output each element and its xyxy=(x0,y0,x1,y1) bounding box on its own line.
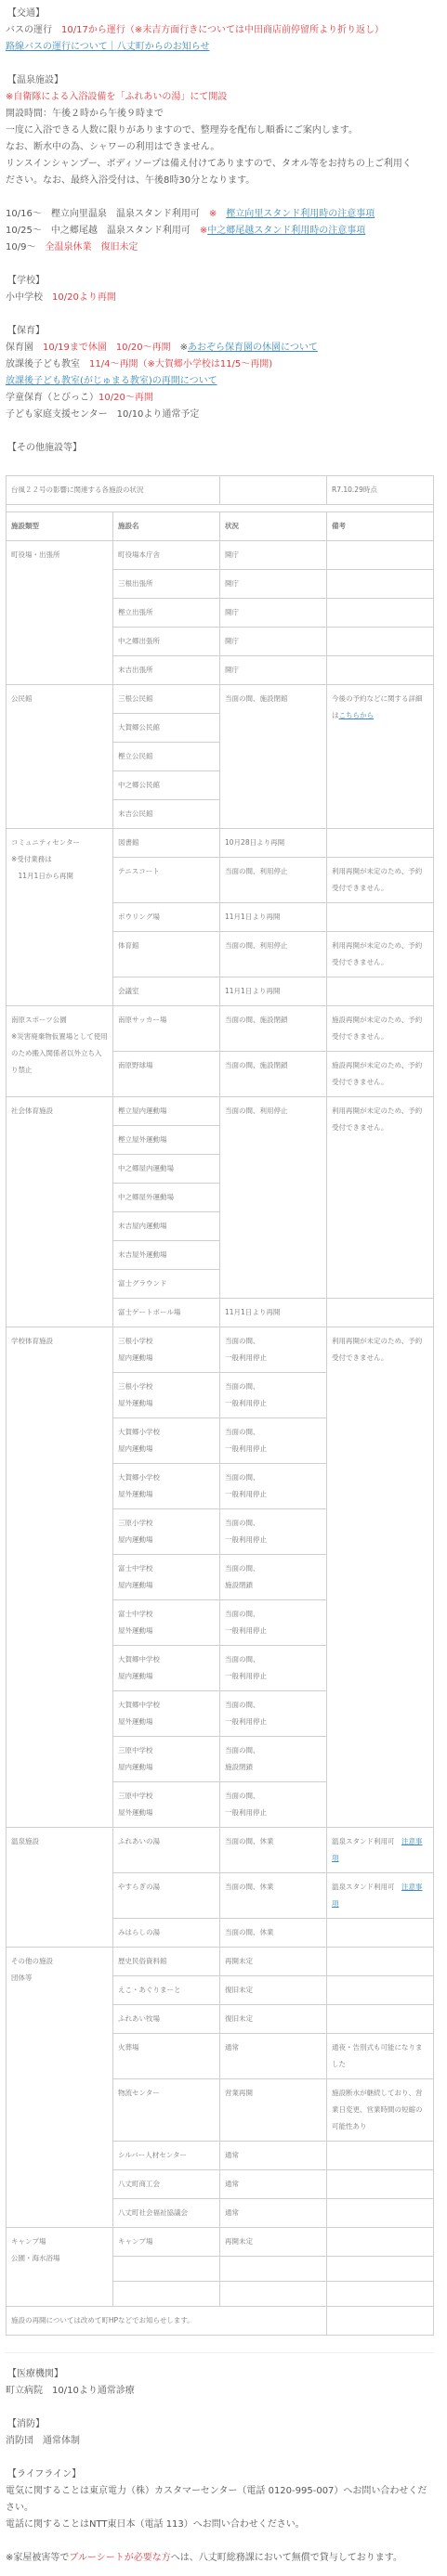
blue-tarp-notice: ※家屋被害等でブルーシートが必要な方へは、八丈町総務課において無償で貸与しており… xyxy=(6,2550,434,2567)
status-line: 一般利用停止 xyxy=(225,1486,322,1503)
facility-note xyxy=(327,1299,434,1327)
facility-name: 富士グラウンド xyxy=(113,1270,220,1299)
facility-status: 営業再開 xyxy=(220,2079,327,2142)
table-as-of: R7.10.29時点 xyxy=(327,476,434,505)
status-line: 施設閉鎖 xyxy=(225,1577,322,1594)
facility-sub-name: 屋内運動場 xyxy=(118,1532,215,1548)
facility-name: 体育館 xyxy=(113,932,220,977)
nakanogo-stand-notes-link[interactable]: 中之郷尾越スタンド利用時の注意事項 xyxy=(207,226,365,236)
fire-line: 消防団 通常体制 xyxy=(6,2433,434,2450)
tarp-highlight: ブルーシートが必要な方 xyxy=(69,2553,170,2563)
facility-type: 社会体育施設 xyxy=(7,1097,113,1327)
facility-status: 復旧未定 xyxy=(220,2005,327,2034)
facility-type: 南原スポーツ公園 ※災害廃棄物仮置場として使用のため搬入関係者以外立ち入り禁止 xyxy=(7,1006,113,1097)
status-line: 当面の間、 xyxy=(225,1560,322,1577)
facility-status-table: 台風２２号の影響に関連する各施設の状況 R7.10.29時点 施設類型 施設名 … xyxy=(6,475,434,2336)
facility-name: 三根公民館 xyxy=(113,685,220,714)
facility-name: シルバー人材センター xyxy=(113,2142,220,2170)
facility-sub-name: 屋外運動場 xyxy=(118,1486,215,1503)
facility-note xyxy=(327,570,434,599)
facility-status: 通常 xyxy=(220,2170,327,2199)
facility-name: 末吉屋外運動場 xyxy=(113,1241,220,1270)
facility-note xyxy=(327,2199,434,2228)
facility-type: 公民館 xyxy=(7,685,113,829)
afterschool-reopen-link[interactable]: 放課後子ども教室(がじゅまる教室)の再開について xyxy=(6,376,217,386)
onsen-stand-item: 10/16～ 樫立向里温泉 温泉スタンド利用可 ※ 樫立向里スタンド利用時の注意… xyxy=(6,206,434,223)
facility-note xyxy=(327,1919,434,1948)
status-line: 当面の間、 xyxy=(225,1742,322,1759)
electric-line-1: 電気に関することは東京電力（株）カスタマーセンター（電話 0120-995-00… xyxy=(6,2483,434,2500)
facility-note xyxy=(327,541,434,570)
status-line: 一般利用停止 xyxy=(225,1714,322,1730)
onsen-hours: 開設時間：午後２時から午後９時まで xyxy=(6,106,434,123)
table-row: 公民館 三根公民館 当面の間、施設閉館 今後の予約などに関する詳細はこちらから xyxy=(7,685,434,714)
facility-name: 大賀郷中学校屋外運動場 xyxy=(113,1691,220,1737)
table-header-row: 施設類型 施設名 状況 備考 xyxy=(7,512,434,541)
facility-status: 当面の間、休業 xyxy=(220,1873,327,1919)
section-heading-onsen: 【温泉施設】 xyxy=(7,72,434,89)
column-header: 施設類型 xyxy=(7,512,113,541)
table-footer-row: 施設の再開については改めて町HPなどでお知らせします。 xyxy=(7,2307,434,2336)
facility-sub-name: 屋内運動場 xyxy=(118,1759,215,1776)
facility-type-note: ※受付業務は xyxy=(11,851,108,868)
facility-status: 再開未定 xyxy=(220,1948,327,1976)
table-title-empty xyxy=(220,476,327,505)
facility-status: 当面の間、施設閉鎖 xyxy=(220,1555,327,1600)
facility-note xyxy=(327,2170,434,2199)
table-row: その他の施設 団体等 歴史民俗資料館 再開未定 xyxy=(7,1948,434,1976)
onsen-text-4: ださい。なお、最終入浴受付は、午後8時30分となります。 xyxy=(6,173,434,189)
facility-note: 今後の予約などに関する詳細はこちらから xyxy=(327,685,434,829)
facility-name: 富士中学校屋内運動場 xyxy=(113,1555,220,1600)
facility-status: 当面の間、一般利用停止 xyxy=(220,1782,327,1828)
section-heading-other-facilities: 【その他施設等】 xyxy=(7,440,434,457)
facility-note xyxy=(327,2142,434,2170)
facility-note: 温泉スタンド利用可 注意事項 xyxy=(327,1873,434,1919)
facility-name: 町役場本庁舎 xyxy=(113,541,220,570)
facility-note: 利用再開が未定のため、予約受付できません。 xyxy=(327,858,434,903)
onsen-stand-item: 10/25～ 中之郷尾越 温泉スタンド利用可 ※中之郷尾越スタンド利用時の注意事… xyxy=(6,223,434,239)
facility-name: やすらぎの湯 xyxy=(113,1873,220,1919)
section-heading-transport: 【交通】 xyxy=(7,6,434,22)
facility-type-label: キャンプ場 xyxy=(11,2233,108,2250)
facility-status: 開庁 xyxy=(220,570,327,599)
facility-note: 施設断水が継続しており、営業日変更、営業時間の短縮の可能性あり xyxy=(327,2079,434,2142)
facility-name: 大賀郷小学校屋外運動場 xyxy=(113,1464,220,1509)
onsen-closure: 10/9～ 全温泉休業 復旧未定 xyxy=(6,239,434,256)
facility-status: 通常 xyxy=(220,2199,327,2228)
facility-status: 当面の間、一般利用停止 xyxy=(220,1327,327,1373)
column-header: 備考 xyxy=(327,512,434,541)
facility-name: みはらしの湯 xyxy=(113,1919,220,1948)
facility-name: 南原サッカー場 xyxy=(113,1006,220,1052)
facility-status: 当面の間、休業 xyxy=(220,1919,327,1948)
note-mark: ※ xyxy=(180,343,188,353)
status-line: 当面の間、 xyxy=(225,1424,322,1441)
status-line: 当面の間、 xyxy=(225,1651,322,1668)
note-text: 温泉スタンド利用可 xyxy=(332,1883,401,1891)
facility-status: 当面の間、一般利用停止 xyxy=(220,1691,327,1737)
onsen-text-2: なお、断水中の為、シャワーの利用はできません。 xyxy=(6,139,434,156)
facility-status: 10月28日より再開 xyxy=(220,829,327,858)
section-heading-childcare: 【保育】 xyxy=(7,323,434,340)
facility-name: 富士ゲートボール場 xyxy=(113,1299,220,1327)
facility-name xyxy=(113,2282,220,2307)
facility-status xyxy=(220,2257,327,2282)
facility-status: 通常 xyxy=(220,2142,327,2170)
table-row: 南原スポーツ公園 ※災害廃棄物仮置場として使用のため搬入関係者以外立ち入り禁止 … xyxy=(7,1006,434,1052)
facility-type: コミュニティセンター ※受付業務は 11月1日から再開 xyxy=(7,829,113,1006)
column-header: 施設名 xyxy=(113,512,220,541)
facility-type: その他の施設 団体等 xyxy=(7,1948,113,2228)
facility-name: 大賀郷公民館 xyxy=(113,714,220,743)
status-line: 一般利用停止 xyxy=(225,1623,322,1639)
onsen-text-1: 一度に入浴できる人数に限りがありますので、整理券を配布し順番にご案内します。 xyxy=(6,123,434,139)
facility-name: えこ・あぐりまーと xyxy=(113,1976,220,2005)
facility-name: 会議室 xyxy=(113,977,220,1006)
section-heading-fire: 【消防】 xyxy=(7,2416,434,2433)
status-line: 当面の間、 xyxy=(225,1379,322,1395)
facility-name: 三根小学校屋内運動場 xyxy=(113,1327,220,1373)
table-row: キャンプ場 公園・海水浴場 キャンプ場 再開未定 xyxy=(7,2228,434,2257)
table-footer-empty xyxy=(327,2307,434,2336)
facility-sub-name: 屋内運動場 xyxy=(118,1577,215,1594)
facility-name: ふれあい牧場 xyxy=(113,2005,220,2034)
table-row: 学校体育施設 三根小学校屋内運動場 当面の間、一般利用停止 利用再開が未定のため… xyxy=(7,1327,434,1373)
section-heading-school: 【学校】 xyxy=(7,273,434,290)
facility-type: 温泉施設 xyxy=(7,1828,113,1948)
facility-name: 大賀郷小学校屋内運動場 xyxy=(113,1418,220,1464)
facility-type-note: 団体等 xyxy=(11,1970,108,1987)
page: 【交通】 バスの運行 10/17から運行（※末吉方面行きについては中田商店前停留… xyxy=(0,0,447,2576)
school-label: 小中学校 xyxy=(6,292,52,303)
facility-name: 八丈町社会福祉協議会 xyxy=(113,2199,220,2228)
onsen-closure-status: 全温泉休業 復旧未定 xyxy=(45,242,138,252)
facility-note xyxy=(327,1976,434,2005)
tarp-suffix: へは、八丈町総務課において無償で貸与しております。 xyxy=(171,2553,402,2563)
school-name: 大賀郷小学校 xyxy=(118,1424,215,1441)
onsen-closure-date: 10/9～ xyxy=(6,242,45,252)
afterschool-label: 放課後子ども教室 xyxy=(6,359,89,369)
facility-note xyxy=(327,1948,434,1976)
tarp-prefix: ※家屋被害等で xyxy=(6,2553,69,2563)
table-title-row: 台風２２号の影響に関連する各施設の状況 R7.10.29時点 xyxy=(7,476,434,505)
school-status: 10/20より再開 xyxy=(52,292,116,303)
status-line: 一般利用停止 xyxy=(225,1532,322,1548)
phone-line: 電話に関することはNTT東日本（電話 113）へお問い合わせください。 xyxy=(6,2517,434,2533)
nursery-closure-link[interactable]: あおぞら保育園の休園について xyxy=(188,343,318,353)
facility-name: 樫立公民館 xyxy=(113,743,220,771)
facility-note xyxy=(327,903,434,932)
gakudo-label: 学童保育（とびっこ） xyxy=(6,393,99,403)
status-line: 一般利用停止 xyxy=(225,1441,322,1457)
facility-status: 当面の間、施設閉鎖 xyxy=(220,1006,327,1052)
status-line: 一般利用停止 xyxy=(225,1350,322,1366)
bus-status: 10/17から運行（※末吉方面行きについては中田商店前停留所より折り返し） xyxy=(61,25,384,35)
note-mark: ※ xyxy=(209,209,226,219)
facility-name: 火葬場 xyxy=(113,2034,220,2079)
facility-note: 施設再開が未定のため、予約受付できません。 xyxy=(327,1052,434,1097)
school-name: 大賀郷中学校 xyxy=(118,1697,215,1714)
facility-note: 利用再開が未定のため、予約受付できません。 xyxy=(327,1097,434,1299)
facility-status: 当面の間、利用停止 xyxy=(220,1097,327,1299)
facility-name: 八丈町商工会 xyxy=(113,2170,220,2199)
facility-status xyxy=(220,2282,327,2307)
facility-status: 開庁 xyxy=(220,541,327,570)
facility-note: 施設再開が未定のため、予約受付できません。 xyxy=(327,1006,434,1052)
medical-line: 町立病院 10/10より通常診療 xyxy=(6,2383,434,2400)
facility-sub-name: 屋外運動場 xyxy=(118,1805,215,1821)
facility-name: 三根小学校屋外運動場 xyxy=(113,1373,220,1418)
facility-note xyxy=(327,656,434,685)
support-center-line: 子ども家庭支援センター 10/10より通常予定 xyxy=(6,407,434,423)
facility-name: 末吉公民館 xyxy=(113,800,220,829)
afterschool-line: 放課後子ども教室 11/4～再開（※大賀郷小学校は11/5～再開) xyxy=(6,356,434,373)
table-row: コミュニティセンター ※受付業務は 11月1日から再開 図書館 10月28日より… xyxy=(7,829,434,858)
school-name: 三原中学校 xyxy=(118,1788,215,1805)
status-line: 一般利用停止 xyxy=(225,1668,322,1685)
facility-status: 再開未定 xyxy=(220,2228,327,2257)
facility-name: 三根出張所 xyxy=(113,570,220,599)
status-line: 当面の間、 xyxy=(225,1606,322,1623)
facility-name: キャンプ場 xyxy=(113,2228,220,2257)
facility-note: 利用再開が未定のため、予約受付できません。 xyxy=(327,932,434,977)
facility-sub-name: 屋内運動場 xyxy=(118,1350,215,1366)
school-name: 富士中学校 xyxy=(118,1560,215,1577)
section-heading-medical: 【医療機関】 xyxy=(7,2366,434,2383)
facility-name: 末吉屋内運動場 xyxy=(113,1212,220,1241)
column-header: 状況 xyxy=(220,512,327,541)
facility-name: 樫立屋内運動場 xyxy=(113,1097,220,1126)
bus-info-link[interactable]: 路線バスの運行について｜八丈町からのお知らせ xyxy=(6,42,210,52)
facility-sub-name: 屋外運動場 xyxy=(118,1623,215,1639)
facility-status: 11月1日より再開 xyxy=(220,1299,327,1327)
status-line: 一般利用停止 xyxy=(225,1395,322,1412)
facility-name: 中之郷公民館 xyxy=(113,771,220,800)
school-name: 大賀郷中学校 xyxy=(118,1651,215,1668)
facility-status: 開庁 xyxy=(220,656,327,685)
facility-status: 当面の間、施設閉鎖 xyxy=(220,1052,327,1097)
facility-note xyxy=(327,2282,434,2307)
table-title: 台風２２号の影響に関連する各施設の状況 xyxy=(7,476,220,505)
facility-name: 大賀郷中学校屋内運動場 xyxy=(113,1646,220,1691)
status-line: 一般利用停止 xyxy=(225,1805,322,1821)
facility-type: 学校体育施設 xyxy=(7,1327,113,1828)
gakudo-line: 学童保育（とびっこ）10/20～再開 xyxy=(6,390,434,407)
onsen-notice: ※自衛隊による入浴設備を「ふれあいの湯」にて開設 xyxy=(6,89,434,106)
school-name: 三根小学校 xyxy=(118,1379,215,1395)
facility-name: 富士中学校屋外運動場 xyxy=(113,1600,220,1646)
facility-note xyxy=(327,2005,434,2034)
facility-name: 物流センター xyxy=(113,2079,220,2142)
status-line: 当面の間、 xyxy=(225,1515,322,1532)
facility-status: 当面の間、施設閉鎖 xyxy=(220,1737,327,1782)
section-heading-lifeline: 【ライフライン】 xyxy=(7,2466,434,2483)
school-name: 富士中学校 xyxy=(118,1606,215,1623)
facility-name: ボウリング場 xyxy=(113,903,220,932)
facility-name: 中之郷出張所 xyxy=(113,628,220,656)
facility-status: 開庁 xyxy=(220,599,327,628)
facility-name: 中之郷屋外運動場 xyxy=(113,1184,220,1212)
afterschool-status: 11/4～再開（※大賀郷小学校は11/5～再開) xyxy=(89,359,272,369)
facility-type-label: その他の施設 xyxy=(11,1953,108,1970)
onsen-stand-date: 10/16～ 樫立向里温泉 温泉スタンド利用可 xyxy=(6,209,209,219)
electric-line-2: さい。 xyxy=(6,2500,434,2517)
school-name: 三原中学校 xyxy=(118,1742,215,1759)
facility-name: ふれあいの湯 xyxy=(113,1828,220,1873)
facility-note xyxy=(327,829,434,858)
facility-status: 11月1日より再開 xyxy=(220,903,327,932)
bus-line: バスの運行 10/17から運行（※末吉方面行きについては中田商店前停留所より折り… xyxy=(6,22,434,39)
facility-name: 中之郷屋内運動場 xyxy=(113,1155,220,1184)
onsen-stand-date: 10/25～ 中之郷尾越 温泉スタンド利用可 xyxy=(6,226,200,236)
facility-status: 当面の間、一般利用停止 xyxy=(220,1373,327,1418)
facility-type-note: 公園・海水浴場 xyxy=(11,2250,108,2267)
kashitate-stand-notes-link[interactable]: 樫立向里スタンド利用時の注意事項 xyxy=(226,209,375,219)
facility-status: 当面の間、一般利用停止 xyxy=(220,1464,327,1509)
facility-note xyxy=(327,2257,434,2282)
status-line: 当面の間、 xyxy=(225,1469,322,1486)
school-name: 大賀郷小学校 xyxy=(118,1469,215,1486)
school-name: 三根小学校 xyxy=(118,1333,215,1350)
facility-name: 三原中学校屋内運動場 xyxy=(113,1737,220,1782)
note-mark: ※ xyxy=(200,226,207,236)
facility-status: 当面の間、利用停止 xyxy=(220,858,327,903)
facility-name: 図書館 xyxy=(113,829,220,858)
facility-type: キャンプ場 公園・海水浴場 xyxy=(7,2228,113,2307)
nursery-status: 10/19まで休園 10/20～再開 xyxy=(43,343,180,353)
facility-note: 利用再開が未定のため、予約受付できません。 xyxy=(327,1327,434,1828)
facility-note xyxy=(327,2228,434,2257)
facility-type-note: 11月1日から再開 xyxy=(11,868,108,885)
nursery-label: 保育園 xyxy=(6,343,43,353)
facility-note: 通夜・告別式も可能になりました xyxy=(327,2034,434,2079)
note-text: 温泉スタンド利用可 xyxy=(332,1837,401,1845)
facility-note xyxy=(327,977,434,1006)
facility-type-label: コミュニティセンター xyxy=(11,835,108,851)
gakudo-status: 10/20～再開 xyxy=(99,393,153,403)
facility-type-label: 南原スポーツ公園 xyxy=(11,1012,108,1029)
facility-status: 通常 xyxy=(220,2034,327,2079)
facility-status: 当面の間、一般利用停止 xyxy=(220,1418,327,1464)
status-line: 当面の間、 xyxy=(225,1788,322,1805)
facility-status: 当面の間、休業 xyxy=(220,1828,327,1873)
facility-name: 三原中学校屋外運動場 xyxy=(113,1782,220,1828)
facility-status: 当面の間、施設閉館 xyxy=(220,685,327,829)
kominkan-details-link[interactable]: こちらから xyxy=(339,711,375,719)
facility-name: 歴史民俗資料館 xyxy=(113,1948,220,1976)
facility-status: 当面の間、利用停止 xyxy=(220,932,327,977)
table-spacer-row xyxy=(7,505,434,512)
onsen-text-3: リンスインシャンプー、ボディソープは備え付けてありますので、タオル等をお持ちの上… xyxy=(6,156,434,173)
facility-status: 11月1日より再開 xyxy=(220,977,327,1006)
facility-note xyxy=(327,628,434,656)
nursery-line: 保育園 10/19まで休園 10/20～再開 ※あおぞら保育園の休園について xyxy=(6,340,434,356)
status-line: 当面の間、 xyxy=(225,1333,322,1350)
table-row: 町役場・出張所 町役場本庁舎 開庁 xyxy=(7,541,434,570)
facility-status: 当面の間、一般利用停止 xyxy=(220,1509,327,1555)
school-name: 三原小学校 xyxy=(118,1515,215,1532)
facility-name: 三原小学校屋内運動場 xyxy=(113,1509,220,1555)
facility-sub-name: 屋内運動場 xyxy=(118,1668,215,1685)
table-row: 温泉施設 ふれあいの湯 当面の間、休業 温泉スタンド利用可 注意事項 xyxy=(7,1828,434,1873)
facility-type-note: ※災害廃棄物仮置場として使用のため搬入関係者以外立ち入り禁止 xyxy=(11,1029,108,1079)
bus-label: バスの運行 xyxy=(6,25,61,35)
facility-name xyxy=(113,2257,220,2282)
facility-status: 当面の間、一般利用停止 xyxy=(220,1646,327,1691)
school-line: 小中学校 10/20より再開 xyxy=(6,290,434,306)
facility-note: 温泉スタンド利用可 注意事項 xyxy=(327,1828,434,1873)
facility-sub-name: 屋外運動場 xyxy=(118,1395,215,1412)
facility-status: 復旧未定 xyxy=(220,1976,327,2005)
facility-name: 樫立出張所 xyxy=(113,599,220,628)
facility-status: 当面の間、一般利用停止 xyxy=(220,1600,327,1646)
facility-name: 末吉出張所 xyxy=(113,656,220,685)
facility-status: 開庁 xyxy=(220,628,327,656)
facility-name: テニスコート xyxy=(113,858,220,903)
facility-sub-name: 屋外運動場 xyxy=(118,1714,215,1730)
table-footer-text: 施設の再開については改めて町HPなどでお知らせします。 xyxy=(7,2307,327,2336)
facility-type: 町役場・出張所 xyxy=(7,541,113,685)
facility-sub-name: 屋内運動場 xyxy=(118,1441,215,1457)
facility-name: 樫立屋外運動場 xyxy=(113,1126,220,1155)
status-line: 施設閉鎖 xyxy=(225,1759,322,1776)
facility-name: 南原野球場 xyxy=(113,1052,220,1097)
divider xyxy=(6,2352,433,2353)
facility-note xyxy=(327,599,434,628)
status-line: 当面の間、 xyxy=(225,1697,322,1714)
table-row: 社会体育施設 樫立屋内運動場 当面の間、利用停止 利用再開が未定のため、予約受付… xyxy=(7,1097,434,1126)
